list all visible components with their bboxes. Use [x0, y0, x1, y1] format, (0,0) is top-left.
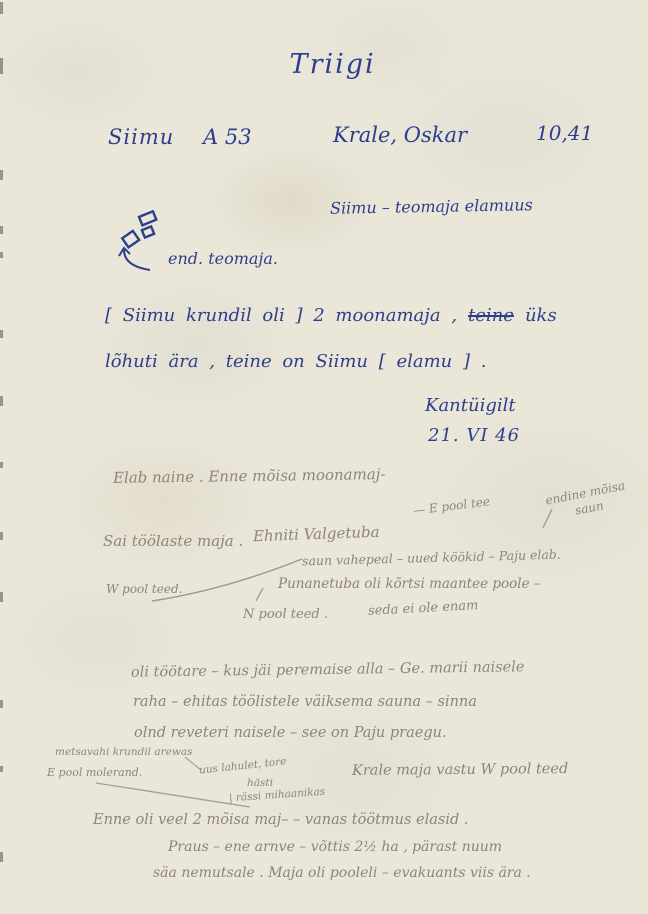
date: 21. VI 46: [428, 426, 520, 446]
building-plan-sketch-icon: [116, 210, 168, 276]
ink-text-segment: üks: [525, 306, 557, 326]
scanned-archive-card: Triigi Siimu A 53 Krale, Oskar 10,41 Sii…: [0, 0, 648, 914]
farm-code: A 53: [203, 126, 252, 149]
scan-edge-mark: [0, 252, 3, 258]
pencil-road-north: N pool teed .: [243, 608, 328, 622]
ink-paragraph-line1: [ Siimu krundil oli ] 2 moonamaja , tein…: [105, 306, 557, 326]
pencil-paragraph3-line2: Praus – ene arnve – võttis 2½ ha , päras…: [168, 840, 502, 855]
scan-edge-mark: [0, 852, 3, 862]
scan-edge-mark: [0, 2, 3, 14]
sketch-label: end. teomaja.: [168, 250, 278, 268]
ink-text-segment: [ Siimu krundil oli ] 2 moonamaja ,: [105, 306, 457, 326]
pencil-small-rassi: | rässi mihaanikas: [229, 787, 326, 805]
pencil-small-uus: uus lahulet, tore: [199, 756, 287, 777]
pencil-line-sai: Sai töölaste maja .: [103, 533, 243, 550]
pencil-line-elab: Elab naine . Enne mõisa moonamaj-: [113, 466, 386, 486]
pencil-small-hasti: hästi: [247, 778, 273, 790]
pencil-line-valgetuba: Ehniti Valgetuba: [253, 524, 380, 545]
scan-edge-mark: [0, 58, 3, 74]
scan-edge-mark: [0, 700, 3, 708]
pencil-line-punanetuba: Punanetuba oli kõrtsi maantee poole –: [278, 577, 541, 592]
reference-number: 10,41: [536, 122, 593, 144]
ink-paragraph-line2: lõhuti ära , teine on Siimu [ elamu ] .: [105, 352, 486, 372]
farm-name: Siimu: [108, 126, 174, 149]
scan-edge-mark: [0, 396, 3, 406]
pencil-paragraph3-line3: säa nemutsale . Maja oli pooleli – evaku…: [153, 866, 531, 881]
pencil-paragraph2-line1: oli töötare – kus jäi peremaise alla – G…: [131, 660, 525, 681]
scan-edge-mark: [0, 226, 3, 234]
scan-edge-mark: [0, 766, 3, 772]
pencil-road-west: W pool teed.: [106, 583, 182, 596]
scan-edge-mark: [0, 462, 3, 468]
pencil-krale-note: Krale maja vastu W pool teed: [352, 762, 568, 780]
pencil-line-seda: seda ei ole enam: [368, 599, 479, 619]
note-teomaja: Siimu – teomaja elamuus: [330, 196, 533, 217]
scan-edge-mark: [0, 532, 3, 540]
pencil-paragraph2-line2: raha – ehitas töölistele väiksema sauna …: [133, 695, 477, 711]
pencil-sauna-note-line2: saun: [574, 499, 605, 517]
scan-edge-mark: [0, 592, 3, 602]
pencil-road-east: — E pool tee: [412, 495, 490, 517]
scan-edge-mark: [0, 330, 3, 338]
pencil-small-epool: E pool molerand.: [47, 767, 142, 779]
informant-name: Krale, Oskar: [333, 124, 467, 147]
attribution: Kantüigilt: [425, 396, 516, 416]
page-title: Triigi: [290, 50, 376, 80]
struck-word: teine: [468, 306, 514, 326]
pencil-small-metsavahi: metsavahi krundil arewas: [55, 747, 193, 759]
pencil-paragraph2-line3: olnd reveteri naisele – see on Paju prae…: [134, 726, 447, 742]
pencil-paragraph3-line1: Enne oli veel 2 mõisa maj– – vanas töötm…: [93, 813, 469, 829]
scan-edge-mark: [0, 170, 3, 180]
pencil-line-saun: saun vahepeal – uued köökid – Paju elab.: [302, 548, 561, 569]
